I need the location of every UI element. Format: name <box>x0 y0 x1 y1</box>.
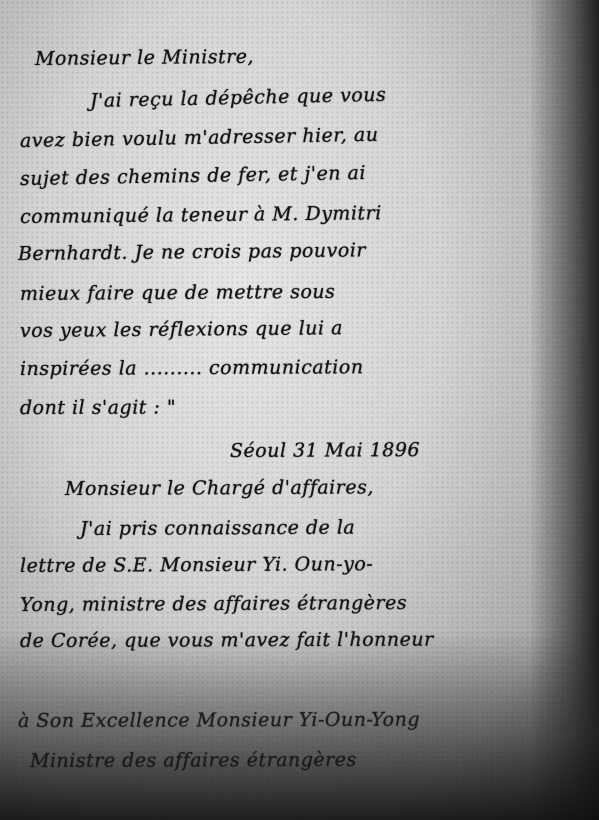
handwritten-line: Séoul 31 Mai 1896 <box>230 439 420 462</box>
handwritten-line: communiqué la teneur à M. Dymitri <box>20 202 382 228</box>
handwritten-line: lettre de S.E. Monsieur Yi. Oun-yo- <box>20 553 373 577</box>
shadow-bottom-edge <box>0 630 599 820</box>
handwritten-line: Yong, ministre des affaires étrangères <box>20 592 407 616</box>
handwritten-line: Bernhardt. Je ne crois pas pouvoir <box>18 239 366 265</box>
handwritten-line: Monsieur le Chargé d'affaires, <box>65 476 374 500</box>
handwritten-line: mieux faire que de mettre sous <box>20 281 335 305</box>
handwritten-line: vos yeux les réflexions que lui a <box>20 317 343 342</box>
handwritten-line: J'ai pris connaissance de la <box>80 517 355 540</box>
handwritten-line: dont il s'agit : " <box>20 396 176 419</box>
letter-photograph: Monsieur le Ministre,J'ai reçu la dépêch… <box>0 0 599 820</box>
handwritten-line: inspirées la ......... communication <box>20 356 364 380</box>
handwritten-line: Monsieur le Ministre, <box>35 46 254 70</box>
